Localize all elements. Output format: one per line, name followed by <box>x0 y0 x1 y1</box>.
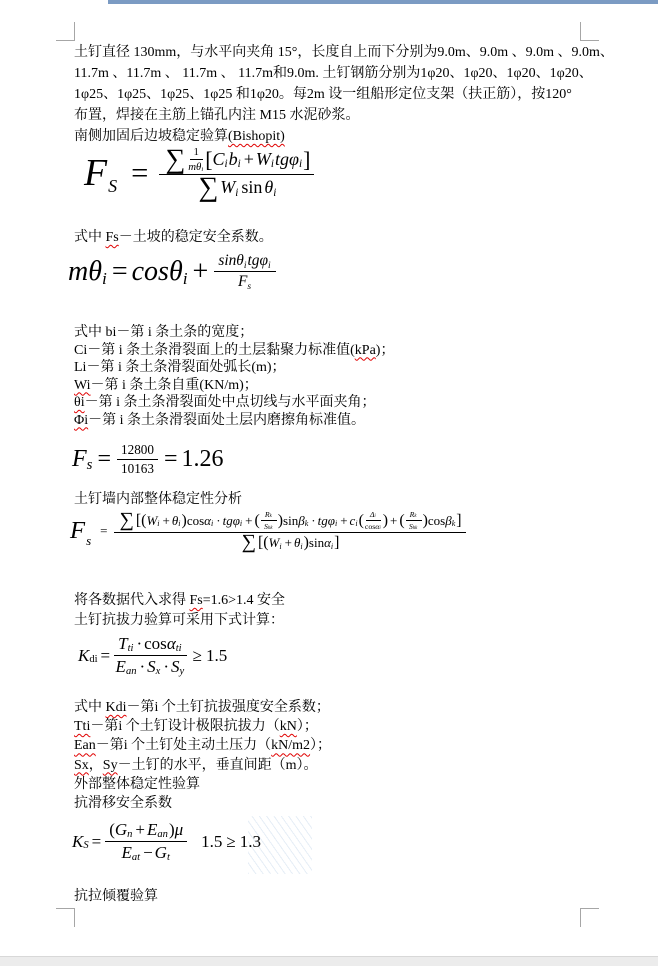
formula-internal-stability: Fs=∑[(Wi+θi)cosαi·tgφi+(RkShk)sinβk·tgφi… <box>70 510 468 552</box>
crop-mark-top-left <box>56 22 75 41</box>
symbol-definitions-list: 式中 bi－第 i 条土条的宽度； Ci－第 i 条土条滑裂面上的土层黏聚力标准… <box>74 324 394 429</box>
doc-line: Ean－第i 个土钉处主动土压力（kN/m2）； <box>74 736 331 755</box>
doc-line: Φi－第 i 条土条滑裂面处土层内磨擦角标准值。 <box>74 412 394 430</box>
doc-line: 布置，焊接在主筋上锚孔内注 M15 水泥砂浆。 <box>74 105 614 126</box>
doc-line: 11.7m 、11.7m 、 11.7m 、 11.7m和9.0m. 土钉钢筋分… <box>74 63 614 84</box>
crop-mark-bottom-right <box>580 908 599 927</box>
doc-line-bishop-heading: 南侧加固后边坡稳定验算(Bishopit) <box>74 126 614 147</box>
formula-kdi-pullout: Kdi=Tti·cosαtiEan·Sx·Sy≥1.5 <box>78 634 227 677</box>
doc-line-safety-result: 将各数据代入求得 Fs=1.6>1.4 安全 <box>74 589 285 609</box>
doc-line-fs-definition: 式中 Fs－土坡的稳定安全系数。 <box>74 226 273 246</box>
formula-ks-sliding: KS=(Gn+Ean)μEat−Gt1.5≥1.3 <box>72 820 261 863</box>
doc-line: Ci－第 i 条土条滑裂面上的土层黏聚力标准值(kPa)； <box>74 342 394 360</box>
doc-line: 式中 bi－第 i 条土条的宽度； <box>74 324 394 342</box>
window-top-edge <box>108 0 658 4</box>
doc-line-pullout-intro: 土钉抗拔力验算可采用下式计算： <box>74 609 284 629</box>
doc-line-overturning-heading: 抗拉倾覆验算 <box>74 885 158 905</box>
doc-line: 抗滑移安全系数 <box>74 794 331 813</box>
doc-line: Sx，Sy－土钉的水平，垂直间距（m）。 <box>74 756 331 775</box>
formula-m-theta: mθi=cosθi+sinθitgφiFs <box>68 252 278 291</box>
doc-line: 土钉直径 130mm，与水平向夹角 15°，长度自上而下分别为9.0m、9.0m… <box>74 42 614 63</box>
document-page: 土钉直径 130mm，与水平向夹角 15°，长度自上而下分别为9.0m、9.0m… <box>0 0 658 966</box>
crop-mark-bottom-left <box>56 908 75 927</box>
doc-line: 式中 Kdi－第i 个土钉抗拔强度安全系数； <box>74 698 331 717</box>
doc-line: 外部整体稳定性验算 <box>74 775 331 794</box>
page-bottom-edge <box>0 956 658 966</box>
crop-mark-top-right <box>580 22 599 41</box>
kdi-symbol-definitions: 式中 Kdi－第i 个土钉抗拔强度安全系数； Tti－第i 个土钉设计极限抗拔力… <box>74 698 331 813</box>
doc-line: Li－第 i 条土条滑裂面处弧长(m)； <box>74 359 394 377</box>
doc-line: 1φ25、1φ25、1φ25、1φ25 和1φ20。每2m 设一组船形定位支架（… <box>74 84 614 105</box>
paragraph-soil-nail-specs: 土钉直径 130mm，与水平向夹角 15°，长度自上而下分别为9.0m、9.0m… <box>74 42 614 147</box>
doc-line: θi－第 i 条土条滑裂面处中点切线与水平面夹角； <box>74 394 394 412</box>
formula-fs-value: Fs=1280010163=1.26 <box>72 442 224 477</box>
doc-line: Wi－第 i 条土条自重(KN/m)； <box>74 377 394 395</box>
doc-line-internal-stability-heading: 土钉墙内部整体稳定性分析 <box>74 488 242 508</box>
formula-bishop-fs: FS=∑1mθi[Cibi+Witgφi]∑Wisinθi <box>84 146 316 201</box>
doc-line: Tti－第i 个土钉设计极限抗拔力（kN）； <box>74 717 331 736</box>
